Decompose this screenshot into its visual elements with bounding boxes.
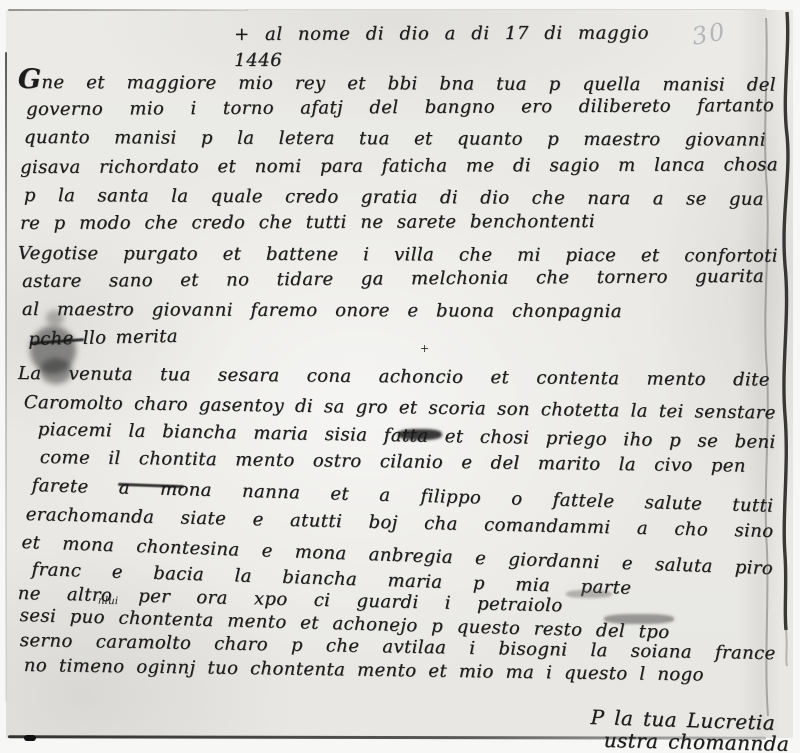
manuscript-line: gisava richordato et nomi para faticha m…	[20, 152, 778, 181]
dateline: + al nome di dio a di 17 di maggio 1446	[234, 21, 649, 74]
caret-mark: +	[420, 342, 429, 355]
paper-corner-mark	[24, 735, 36, 741]
paper-edge-top-faint	[246, 9, 766, 10]
manuscript-line: p la santa la quale credo gratia di dio …	[24, 183, 764, 213]
interline-insert: nlui	[98, 595, 119, 608]
manuscript-line: governo mio i torno afatj del bangno ero…	[26, 93, 774, 123]
paper-edge-left	[5, 52, 7, 702]
ink-blot	[46, 310, 64, 326]
manuscript-scan: 30 + al nome di dio a di 17 di maggio 14…	[0, 0, 800, 753]
paper-sheet: 30 + al nome di dio a di 17 di maggio 14…	[6, 10, 793, 738]
manuscript-line: al maestro giovanni faremo onore e buona…	[22, 297, 622, 325]
cancelled-word-smudge	[566, 590, 612, 598]
manuscript-line: astare sano et no tidare ga melchonia ch…	[22, 264, 764, 295]
ink-blot	[40, 358, 72, 384]
manuscript-line: La venuta tua sesara cona achoncio et co…	[18, 361, 770, 394]
cancelled-word-smudge	[604, 614, 674, 624]
signature-line: ustra chomannda	[603, 727, 789, 753]
cancelled-word-smudge	[398, 429, 442, 440]
folio-number: 30	[690, 17, 729, 51]
manuscript-line: re p modo che credo che tutti ne sarete …	[20, 209, 595, 237]
paper-edge-top	[8, 9, 248, 11]
manuscript-line: quanto manisi p la letera tua et quanto …	[24, 125, 766, 154]
